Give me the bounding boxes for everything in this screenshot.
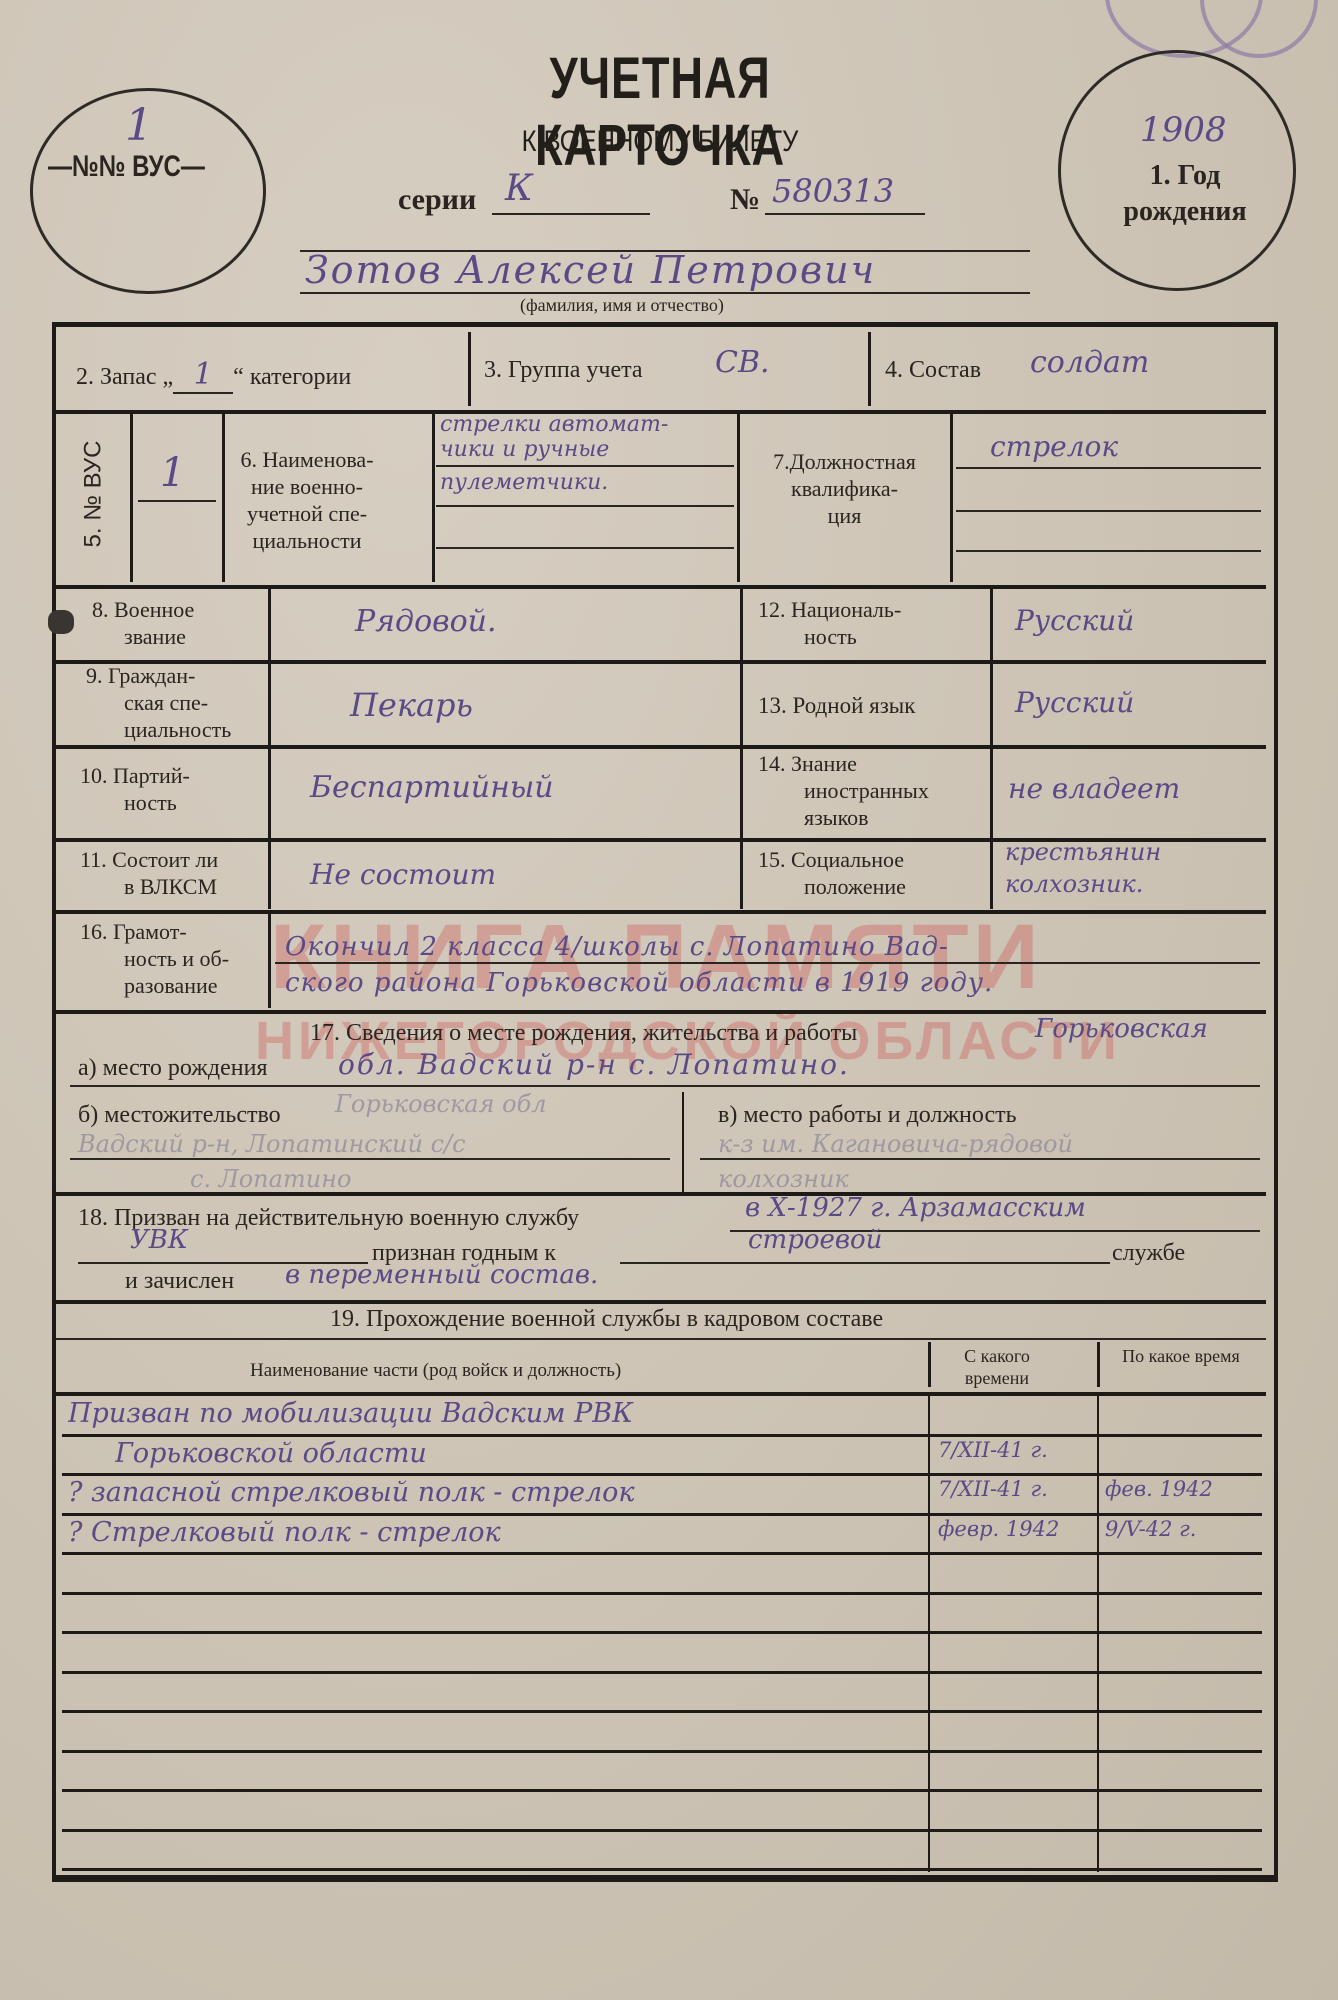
full-name-value: Зотов Алексей Петрович: [305, 248, 876, 292]
birthplace-label: а) место рождения: [78, 1055, 267, 1082]
divider: [268, 589, 271, 909]
service-cell-unit: ? запасной стрелковый полк - стрелок: [68, 1477, 918, 1508]
service-cell-unit: Призван по мобилизации Вадским РВК: [68, 1398, 918, 1429]
row-line: [62, 1789, 1262, 1792]
divider: [950, 414, 953, 582]
party-value: Беспартийный: [310, 770, 554, 805]
nationality-label: 12. Националь- ность: [758, 596, 901, 650]
specialty-line: [436, 505, 734, 507]
divider: [1097, 1342, 1100, 1387]
birthplace-value: обл. Вадский р-н с. Лопатино.: [338, 1048, 850, 1081]
foreign-languages-value: не владеет: [1008, 772, 1180, 805]
series-value: К: [505, 168, 533, 209]
specialty-label-line: учетной спе-: [232, 500, 382, 527]
civil-specialty-label-line: циальность: [86, 716, 231, 743]
divider: [432, 414, 435, 582]
komsomol-label-line: в ВЛКСМ: [80, 873, 218, 900]
qualification-value: стрелок: [990, 430, 1118, 463]
service-title-line: [56, 1338, 1266, 1340]
service-col-from: С какого времени: [942, 1345, 1052, 1389]
specialty-label-line: циальности: [232, 527, 382, 554]
education-label: 16. Грамот- ность и об- разование: [80, 918, 229, 999]
conscription-value-4: в переменный состав.: [285, 1260, 598, 1290]
divider: [130, 414, 133, 582]
birth-year-value: 1908: [1140, 110, 1227, 150]
series-underline: [492, 213, 650, 215]
rank-label: 8. Военное звание: [92, 596, 194, 650]
education-label-line: 16. Грамот-: [80, 918, 229, 945]
row-divider: [56, 1392, 1266, 1396]
row-line: [62, 1829, 1262, 1832]
residence-value-3: с. Лопатино: [190, 1165, 351, 1193]
reserve-field: 2. Запас „1“ категории: [76, 357, 351, 394]
service-cell-from: 7/XII-41 г.: [938, 1438, 1093, 1462]
conscription-value-1: в Х-1927 г. Арзамасским: [745, 1193, 1086, 1223]
service-title: 19. Прохождение военной службы в кадрово…: [330, 1306, 883, 1333]
divider: [1097, 1396, 1099, 1872]
foreign-languages-label-line: иностранных: [758, 777, 929, 804]
party-label-line: 10. Партий-: [80, 762, 190, 789]
full-name-caption: (фамилия, имя и отчество): [520, 295, 724, 316]
composition-label: 4. Состав: [885, 357, 981, 384]
civil-specialty-label-line: 9. Граждан-: [86, 662, 231, 689]
document-subtitle: К ВОЕННОМУ БИЛЕТУ: [456, 125, 864, 159]
service-cell-from: февр. 1942: [938, 1517, 1093, 1541]
reserve-label-prefix: 2. Запас „: [76, 364, 173, 390]
divider: [740, 589, 743, 909]
vus-circle-value: 1: [125, 100, 153, 151]
party-label-line: ность: [80, 789, 190, 816]
qualification-label: 7.Должностная квалифика- ция: [742, 448, 947, 529]
civil-specialty-label: 9. Граждан- ская спе- циальность: [86, 662, 231, 743]
row-line: [62, 1473, 1262, 1476]
conscription-value-2: УВК: [130, 1225, 188, 1255]
birth-year-label-2: рождения: [1100, 196, 1270, 228]
residence-value-1: Горьковская обл: [335, 1090, 547, 1118]
native-language-label: 13. Родной язык: [758, 692, 915, 719]
row-divider: [56, 1300, 1266, 1304]
punch-hole: [48, 610, 74, 634]
row-line: [62, 1552, 1262, 1555]
residence-value-2: Вадский р-н, Лопатинский с/с: [78, 1130, 466, 1158]
row-line: [62, 1671, 1262, 1674]
reserve-label-suffix: “ категории: [233, 364, 351, 390]
komsomol-label-line: 11. Состоит ли: [80, 846, 218, 873]
divider: [990, 589, 993, 909]
specialty-label: 6. Наименова- ние военно- учетной спе- ц…: [232, 446, 382, 554]
conscription-label-4: и зачислен: [125, 1268, 234, 1295]
group-label: 3. Группа учета: [484, 357, 643, 384]
education-value-1: Окончил 2 класса 4/школы с. Лопатино Вад…: [285, 932, 949, 962]
row-line: [62, 1750, 1262, 1753]
qualification-label-line: 7.Должностная: [742, 448, 947, 475]
rank-label-line: 8. Военное: [92, 596, 194, 623]
specialty-label-line: 6. Наименова-: [232, 446, 382, 473]
service-col-to: По какое время: [1106, 1345, 1256, 1367]
social-status-label-line: 15. Социальное: [758, 846, 906, 873]
vus-circle-label-text: №№ ВУС: [72, 150, 181, 183]
rank-label-line: звание: [92, 623, 194, 650]
work-value-1: к-з им. Кагановича-рядовой: [718, 1130, 1073, 1158]
divider: [928, 1342, 931, 1387]
civil-specialty-label-line: ская спе-: [86, 689, 231, 716]
nationality-label-line: 12. Националь-: [758, 596, 901, 623]
vus-underline: [138, 500, 216, 502]
foreign-languages-label-line: языков: [758, 804, 929, 831]
name-line-bottom: [300, 292, 1030, 294]
service-cell-unit: Горьковской области: [115, 1438, 965, 1469]
row-line: [62, 1592, 1262, 1595]
number-underline: [765, 213, 925, 215]
divider: [737, 414, 740, 582]
social-status-value-2: колхозник.: [1005, 870, 1143, 898]
vus-value: 1: [160, 450, 185, 496]
row-divider: [56, 660, 1266, 664]
specialty-line: [436, 547, 734, 549]
series-label: серии: [398, 183, 476, 217]
row-line: [62, 1434, 1262, 1437]
service-cell-unit: ? Стрелковый полк - стрелок: [68, 1517, 918, 1548]
number-value: 580313: [772, 172, 894, 210]
divider: [268, 914, 271, 1008]
divider: [868, 332, 871, 406]
row-line: [62, 1868, 1262, 1871]
rank-value: Рядовой.: [355, 604, 497, 639]
composition-value: солдат: [1030, 345, 1149, 380]
birthplace-line: [70, 1085, 1260, 1087]
specialty-value-2: чики и ручные: [440, 437, 609, 462]
divider: [222, 414, 225, 582]
birth-section-title-value: Горьковская: [1035, 1014, 1208, 1044]
service-cell-to: 9/V-42 г.: [1105, 1517, 1265, 1541]
number-label: №: [730, 183, 760, 217]
vus-circle-label: —№№ ВУС—: [48, 150, 205, 184]
komsomol-label: 11. Состоит ли в ВЛКСМ: [80, 846, 218, 900]
divider: [468, 332, 471, 406]
row-divider: [56, 745, 1266, 749]
work-label: в) место работы и должность: [718, 1102, 1017, 1129]
row-divider: [56, 585, 1266, 589]
social-status-value-1: крестьянин: [1005, 838, 1161, 866]
qualification-line: [956, 510, 1261, 512]
qualification-line: [956, 550, 1261, 552]
foreign-languages-label: 14. Знание иностранных языков: [758, 750, 929, 831]
nationality-value: Русский: [1015, 604, 1134, 637]
civil-specialty-value: Пекарь: [350, 686, 473, 724]
qualification-label-line: ция: [742, 502, 947, 529]
group-value: СВ.: [715, 345, 770, 380]
service-cell-from: 7/XII-41 г.: [938, 1477, 1093, 1501]
education-line: [275, 962, 1260, 964]
specialty-line: [436, 465, 734, 467]
education-label-line: ность и об-: [80, 945, 229, 972]
specialty-label-line: ние военно-: [232, 473, 382, 500]
row-line: [62, 1513, 1262, 1516]
education-label-line: разование: [80, 972, 229, 999]
foreign-languages-label-line: 14. Знание: [758, 750, 929, 777]
work-value-2: колхозник: [718, 1165, 849, 1193]
qualification-label-line: квалифика-: [742, 475, 947, 502]
birth-year-label-1: 1. Год: [1120, 160, 1250, 192]
party-label: 10. Партий- ность: [80, 762, 190, 816]
service-col-unit: Наименование части (род войск и должност…: [250, 1360, 621, 1382]
komsomol-value: Не состоит: [310, 858, 496, 891]
row-line: [62, 1631, 1262, 1634]
qualification-line: [956, 467, 1261, 469]
nationality-label-line: ность: [758, 623, 901, 650]
row-divider: [56, 910, 1266, 914]
residence-line: [70, 1158, 670, 1160]
row-line: [62, 1710, 1262, 1713]
residence-label: б) местожительство: [78, 1102, 281, 1129]
education-value-2: ского района Горьковской области в 1919 …: [285, 968, 993, 998]
social-status-label-line: положение: [758, 873, 906, 900]
social-status-label: 15. Социальное положение: [758, 846, 906, 900]
vus-label: 5. № ВУС: [79, 441, 107, 548]
native-language-value: Русский: [1015, 686, 1134, 719]
divider: [682, 1092, 684, 1192]
conscription-label-3: службе: [1112, 1240, 1185, 1267]
service-cell-to: фев. 1942: [1105, 1477, 1265, 1501]
specialty-value-1: стрелки автомат-: [440, 412, 668, 437]
specialty-value-3: пулеметчики.: [440, 470, 608, 495]
work-line: [700, 1158, 1260, 1160]
reserve-value: 1: [194, 357, 213, 392]
conscription-line: [620, 1262, 1110, 1264]
conscription-value-3: строевой: [748, 1225, 882, 1255]
birth-section-title: 17. Сведения о месте рождения, жительств…: [310, 1020, 857, 1047]
